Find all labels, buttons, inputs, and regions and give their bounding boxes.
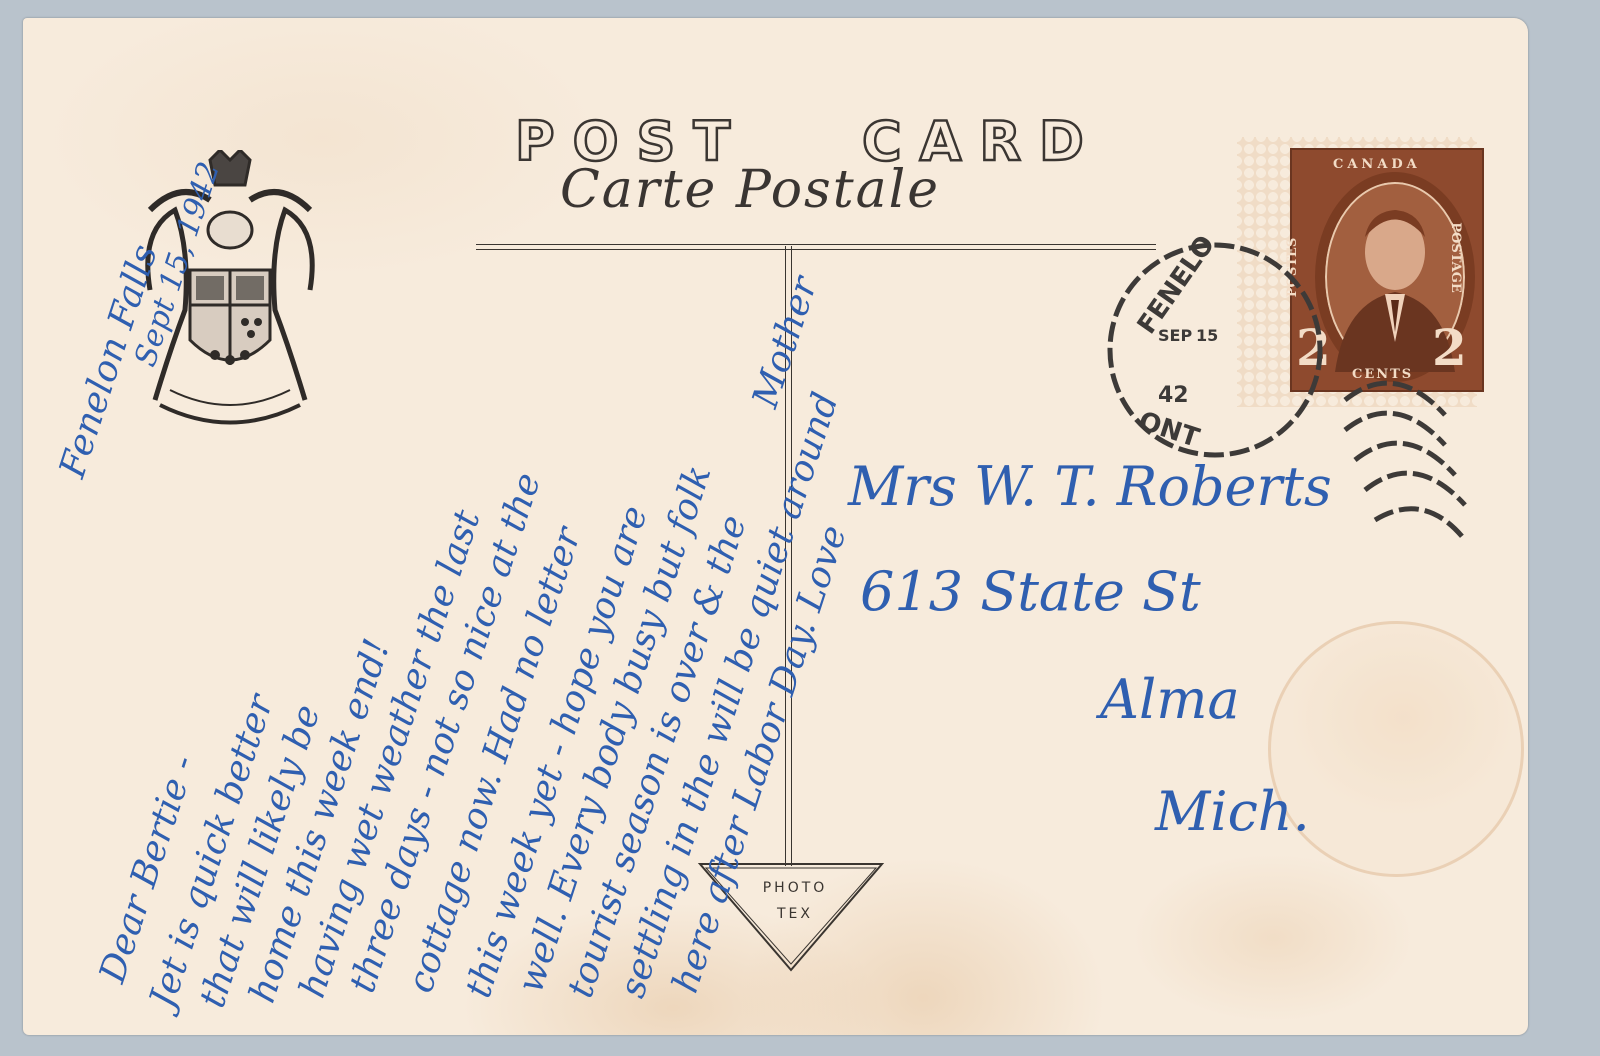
publisher-logo-line1: PHOTO xyxy=(720,880,870,896)
address-street: 613 State St xyxy=(860,560,1201,623)
postmark-month: SEP xyxy=(1158,326,1192,345)
stamp-country: CANADA xyxy=(1333,157,1421,172)
address-divider-horizontal xyxy=(476,244,1156,250)
postmark-year: 42 xyxy=(1158,383,1189,408)
heading-subtitle: Carte Postale xyxy=(560,160,940,220)
address-name: Mrs W. T. Roberts xyxy=(848,455,1332,518)
address-city: Alma xyxy=(1100,668,1240,731)
postmark-day: 15 xyxy=(1196,326,1218,345)
publisher-logo-line2: TEX xyxy=(720,906,870,922)
address-state: Mich. xyxy=(1155,780,1310,843)
